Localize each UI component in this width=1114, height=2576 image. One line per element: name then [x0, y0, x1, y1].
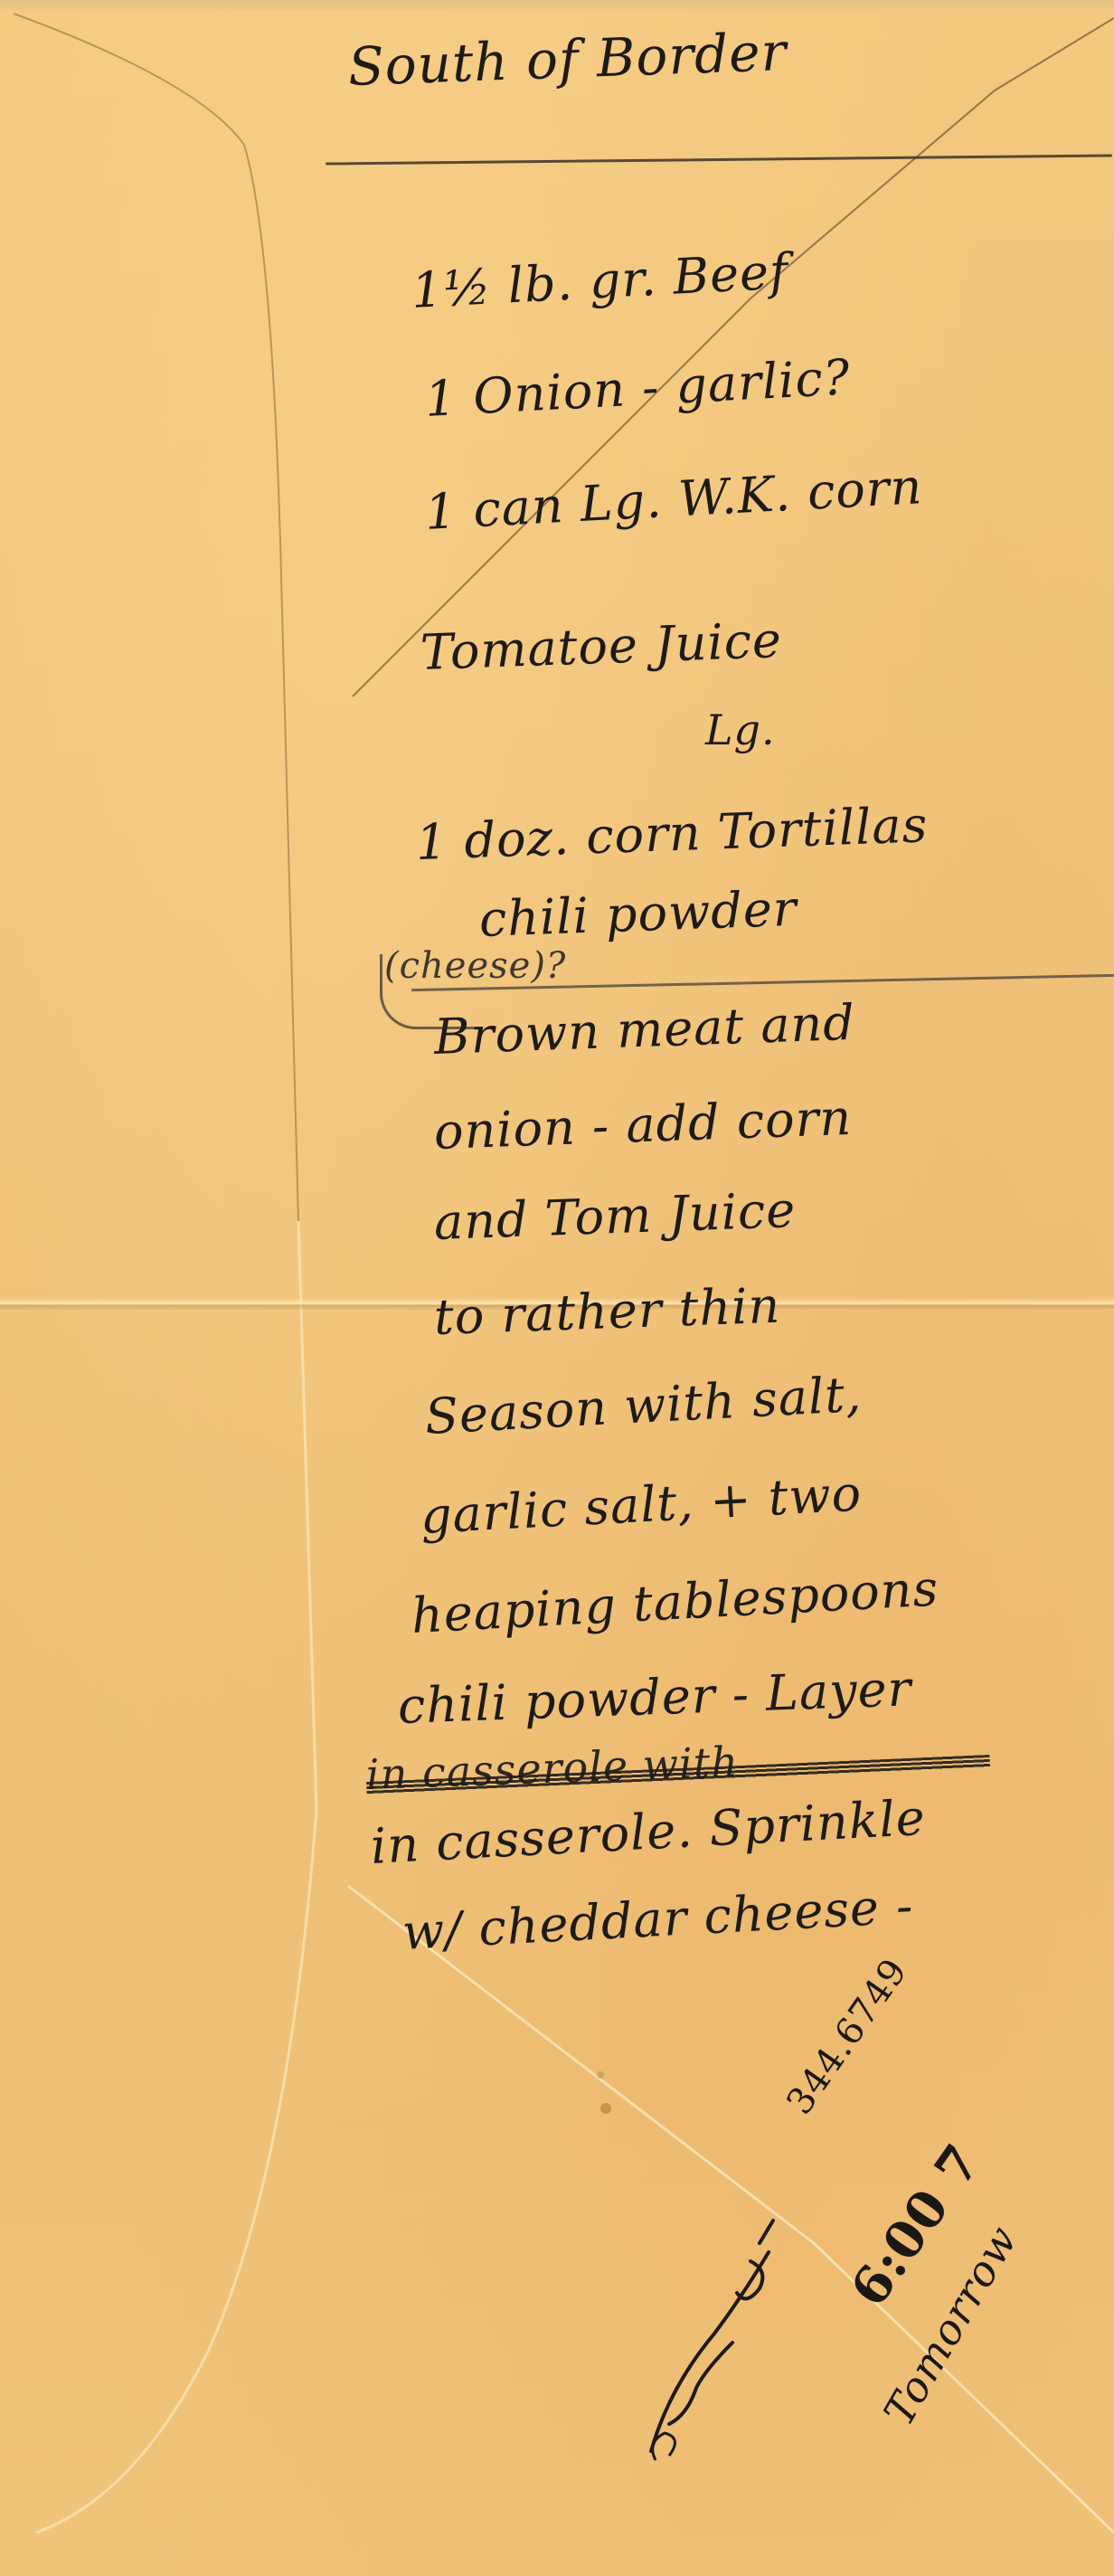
ingredient-chili-powder: chili powder [478, 880, 798, 948]
envelope-back: South of Border 1½ lb. gr. Beef 1 Onion … [0, 0, 1114, 2576]
stain-spot [600, 2103, 611, 2114]
stain-spot [597, 2071, 604, 2079]
ingredient-size-note: Lg. [705, 706, 776, 754]
signature-scribble [633, 2207, 814, 2478]
instruction-line-4: to rather thin [433, 1277, 781, 1346]
